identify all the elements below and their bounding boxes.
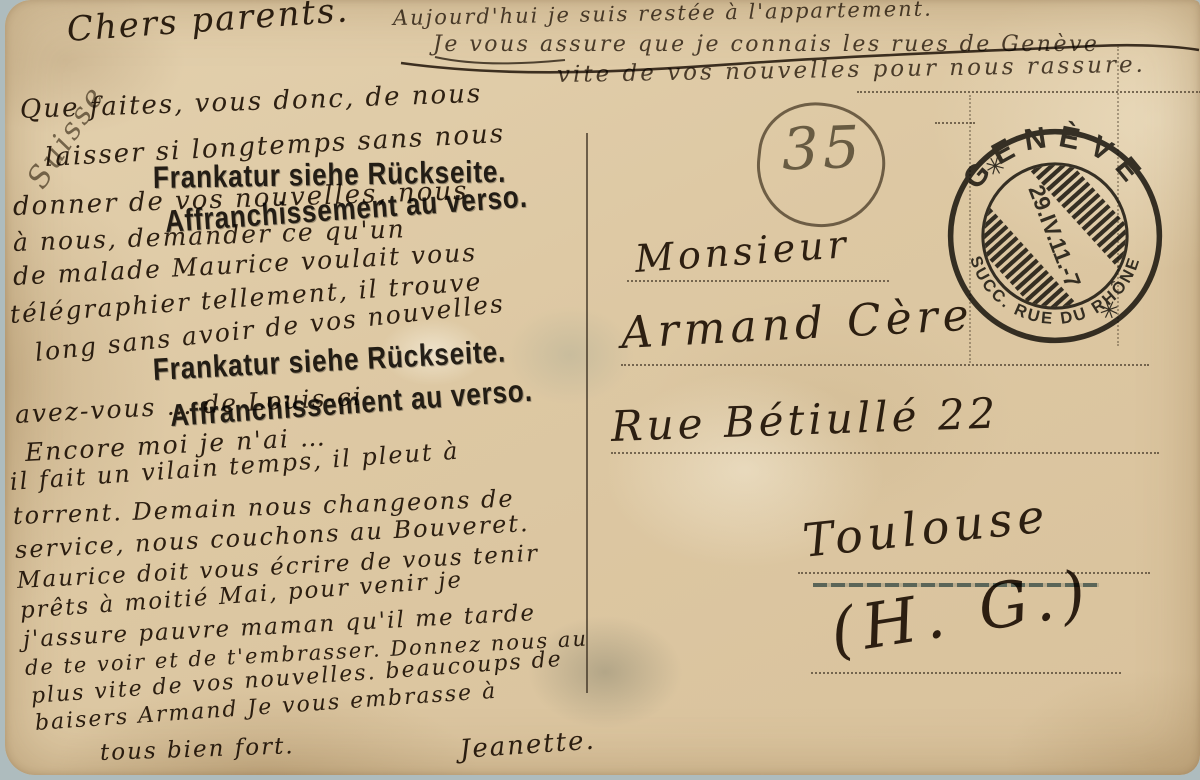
top-message-line: Je vous assure que je connais les rues d… xyxy=(433,32,1099,57)
address-dotted-line xyxy=(621,364,1149,366)
pencil-number: 35 xyxy=(781,113,865,184)
address-dotted-line xyxy=(611,452,1159,454)
address-dotted-line xyxy=(627,280,889,282)
stamp-box-dotted-line xyxy=(857,91,1200,93)
message-divider-line xyxy=(586,133,588,693)
address-dotted-line xyxy=(811,672,1121,674)
postmark: 29.IV.11.-7 GENÈVE SUCC. RUE DU RHÔNE ✳ … xyxy=(938,118,1172,354)
postcard: Suisse 35 Chers parents. Aujourd'hui je … xyxy=(5,0,1200,775)
scan-background: { "postcard": { "pencil_annotation": "Su… xyxy=(0,0,1200,780)
